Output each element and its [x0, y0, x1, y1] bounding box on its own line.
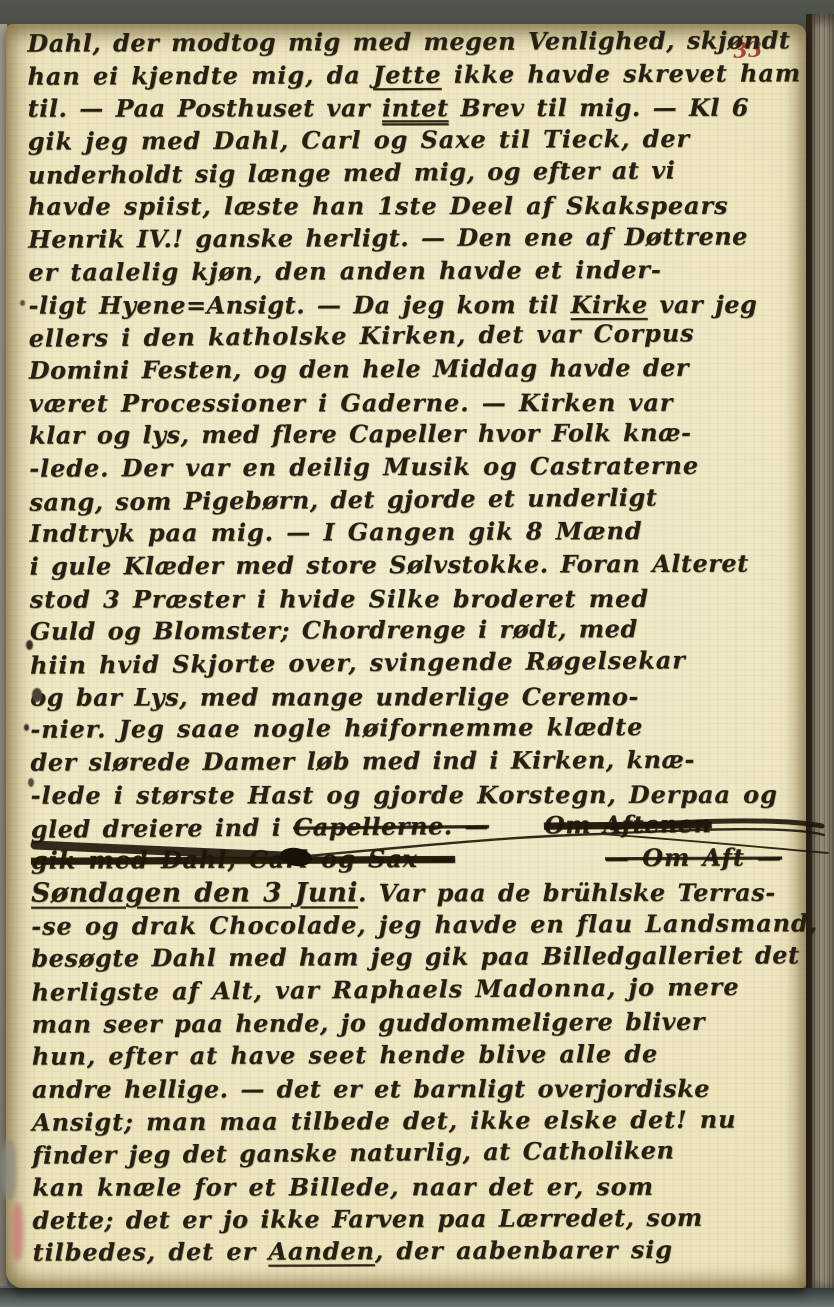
manuscript-line: Dahl, der modtog mig med megen Venlighed… — [27, 24, 791, 60]
manuscript-line: -nier. Jeg saae nogle høifornemme klædte — [30, 711, 794, 747]
manuscript-line: og bar Lys, med mange underlige Ceremo- — [30, 680, 794, 714]
manuscript-line: Henrik IV.! ganske herligt. — Den ene af… — [28, 220, 792, 256]
manuscript-text-segment: ikke havde skrevet ham — [441, 58, 801, 89]
manuscript-text-segment: intet — [382, 94, 449, 123]
ink-speck — [32, 688, 42, 702]
manuscript-text-segment: hun, efter at have seet hende blive alle… — [32, 1039, 659, 1071]
manuscript-text-segment: Indtryk paa mig. — I Gangen gik 8 Mænd — [29, 516, 642, 548]
manuscript-text-segment: man seer paa hende, jo guddommeligere bl… — [32, 1006, 705, 1038]
manuscript-line: -lede. Der var en deilig Musik og Castra… — [29, 449, 793, 485]
manuscript-line: -se og drak Chocolade, jeg havde en flau… — [31, 907, 795, 943]
manuscript-text-segment: . Var paa de brühlske Terras- — [358, 878, 776, 908]
manuscript-line: sang, som Pigebørn, det gjorde et underl… — [29, 480, 793, 519]
manuscript-text-segment: Guld og Blomster; Chordrenge i rødt, med — [30, 614, 638, 646]
manuscript-text-segment: Søndagen den 3 Juni — [31, 877, 358, 908]
manuscript-line: i gule Klæder med store Sølvstokke. Fora… — [30, 547, 794, 583]
manuscript-text-segment: dette; det er jo ikke Farven paa Lærrede… — [32, 1202, 702, 1234]
manuscript-line: tilbedes, det er Aanden, der aabenbarer … — [33, 1234, 797, 1270]
manuscript-line: andre hellige. — det er et barnligt over… — [32, 1073, 796, 1107]
manuscript-text-segment: -se og drak Chocolade, jeg havde en flau… — [31, 908, 818, 940]
manuscript-text-segment: herligste af Alt, var Raphaels Madonna, … — [31, 972, 739, 1007]
ink-speck — [28, 778, 34, 787]
manuscript-text-segment: hiin hvid Skjorte over, svingende Røgels… — [30, 645, 686, 679]
manuscript-text-segment: klar og lys, med flere Capeller hvor Fol… — [29, 418, 691, 450]
manuscript-line: Domini Festen, og den hele Middag havde … — [29, 351, 793, 387]
manuscript-line: til. — Paa Posthuset var intet Brev til … — [28, 92, 792, 126]
manuscript-lines: Dahl, der modtog mig med megen Venlighed… — [27, 24, 796, 1269]
manuscript-text-segment — [455, 866, 605, 867]
manuscript-line: han ei kjendte mig, da Jette ikke havde … — [27, 57, 791, 93]
manuscript-text-segment: Aanden — [268, 1237, 375, 1266]
manuscript-text-segment: Kirke — [571, 289, 648, 318]
manuscript-text-segment: — Om Aft — — [605, 843, 782, 873]
manuscript-line: er taalelig kjøn, den anden havde et ind… — [28, 253, 792, 289]
manuscript-text-segment: gik jeg med Dahl, Carl og Saxe til Tieck… — [28, 124, 690, 156]
manuscript-line: herligste af Alt, var Raphaels Madonna, … — [31, 970, 795, 1009]
manuscript-line: underholdt sig længe med mig, og efter a… — [28, 153, 792, 192]
manuscript-line: Indtryk paa mig. — I Gangen gik 8 Mænd — [29, 515, 793, 551]
manuscript-text-segment: til. — Paa Posthuset var — [28, 94, 382, 123]
ink-speck — [26, 640, 33, 650]
manuscript-line: gik jeg med Dahl, Carl og Saxe til Tieck… — [28, 122, 792, 158]
red-margin-stain — [12, 1203, 23, 1261]
manuscript-line: ellers i den katholske Kirken, det var C… — [29, 317, 793, 356]
manuscript-text-segment: gled dreiere ind i — [31, 812, 294, 843]
manuscript-text-segment: Capellerne. — — [293, 810, 489, 841]
book-page-edges — [806, 14, 834, 1294]
manuscript-text-segment: Jette — [373, 60, 442, 89]
manuscript-line: Søndagen den 3 Juni. Var paa de brühlske… — [31, 877, 795, 911]
manuscript-text-segment: -ligt Hyene=Ansigt. — Da jeg kom til — [28, 290, 570, 320]
manuscript-text-segment: andre hellige. — det er et barnligt over… — [32, 1074, 710, 1104]
manuscript-line: gik med Dahl, Carl og Sax —— Om Aft — — [31, 842, 795, 878]
manuscript-line: man seer paa hende, jo guddommeligere bl… — [32, 1005, 796, 1041]
manuscript-line: besøgte Dahl med ham jeg gik paa Billedg… — [31, 940, 795, 976]
manuscript-text-segment: -nier. Jeg saae nogle høifornemme klædte — [30, 712, 643, 744]
manuscript-text-segment: i gule Klæder med store Sølvstokke. Fora… — [30, 549, 749, 581]
manuscript-text-segment: og bar Lys, med mange underlige Ceremo- — [30, 682, 639, 712]
manuscript-line: dette; det er jo ikke Farven paa Lærrede… — [32, 1201, 796, 1237]
manuscript-line: gled dreiere ind i Capellerne. —Om Aften… — [31, 807, 795, 846]
manuscript-text-segment: Domini Festen, og den hele Middag havde … — [29, 353, 689, 385]
manuscript-text-segment: , der aabenbarer sig — [375, 1235, 673, 1265]
manuscript-text-segment: Om Aftenen — [544, 809, 712, 839]
manuscript-text-segment: været Processioner i Gaderne. — Kirken v… — [29, 387, 673, 417]
manuscript-text-segment: der slørede Damer løb med ind i Kirken, … — [30, 745, 694, 777]
manuscript-line: kan knæle for et Billede, naar det er, s… — [32, 1171, 796, 1205]
manuscript-text-segment: han ei kjendte mig, da — [27, 60, 373, 91]
manuscript-text-segment: -lede i største Hast og gjorde Korstegn,… — [31, 780, 778, 810]
manuscript-line: været Processioner i Gaderne. — Kirken v… — [29, 386, 793, 420]
manuscript-text-segment: stod 3 Præster i hvide Silke broderet me… — [30, 584, 649, 614]
manuscript-text-segment: sang, som Pigebørn, det gjorde et underl… — [29, 482, 657, 516]
manuscript-text-segment: var jeg — [648, 289, 758, 318]
manuscript-text-segment: finder jeg det ganske naturlig, at Catho… — [32, 1136, 674, 1170]
manuscript-line: Guld og Blomster; Chordrenge i rødt, med — [30, 613, 794, 649]
manuscript-line: klar og lys, med flere Capeller hvor Fol… — [29, 417, 793, 453]
manuscript-text-segment: Henrik IV.! ganske herligt. — Den ene af… — [28, 222, 748, 254]
manuscript-line: havde spiist, læste han 1ste Deel af Ska… — [28, 190, 792, 224]
manuscript-line: hiin hvid Skjorte over, svingende Røgels… — [30, 643, 794, 682]
photographed-diary-page: 33 Dahl, der modtog mig med megen Venlig… — [0, 0, 834, 1307]
manuscript-text-segment: tilbedes, det er — [33, 1237, 269, 1267]
manuscript-line: hun, efter at have seet hende blive alle… — [32, 1038, 796, 1074]
manuscript-text-segment: Brev til mig. — Kl 6 — [449, 93, 749, 122]
manuscript-text-segment: besøgte Dahl med ham jeg gik paa Billedg… — [31, 941, 799, 973]
manuscript-line: finder jeg det ganske naturlig, at Catho… — [32, 1134, 796, 1173]
manuscript-text-segment: ellers i den katholske Kirken, det var C… — [29, 318, 695, 352]
manuscript-text-segment: gik med Dahl, Carl og Sax — — [31, 844, 455, 875]
manuscript-text-segment: Dahl, der modtog mig med megen Venlighed… — [27, 25, 790, 57]
manuscript-text-segment: kan knæle for et Billede, naar det er, s… — [32, 1172, 654, 1202]
ink-speck — [24, 724, 29, 731]
manuscript-text-segment: -lede. Der var en deilig Musik og Castra… — [29, 451, 699, 483]
ink-speck — [20, 300, 25, 306]
table-shadow — [0, 1288, 834, 1307]
manuscript-text-segment: Ansigt; man maa tilbede det, ikke elske … — [32, 1104, 737, 1136]
grey-margin-stain — [2, 1140, 16, 1200]
manuscript-line: stod 3 Præster i hvide Silke broderet me… — [30, 582, 794, 616]
manuscript-text-segment: underholdt sig længe med mig, og efter a… — [28, 155, 676, 189]
manuscript-text-segment: havde spiist, læste han 1ste Deel af Ska… — [28, 191, 728, 221]
manuscript-line: -lede i største Hast og gjorde Korstegn,… — [31, 779, 795, 813]
manuscript-text-segment: er taalelig kjøn, den anden havde et ind… — [28, 255, 662, 287]
manuscript-line: der slørede Damer løb med ind i Kirken, … — [30, 743, 794, 779]
